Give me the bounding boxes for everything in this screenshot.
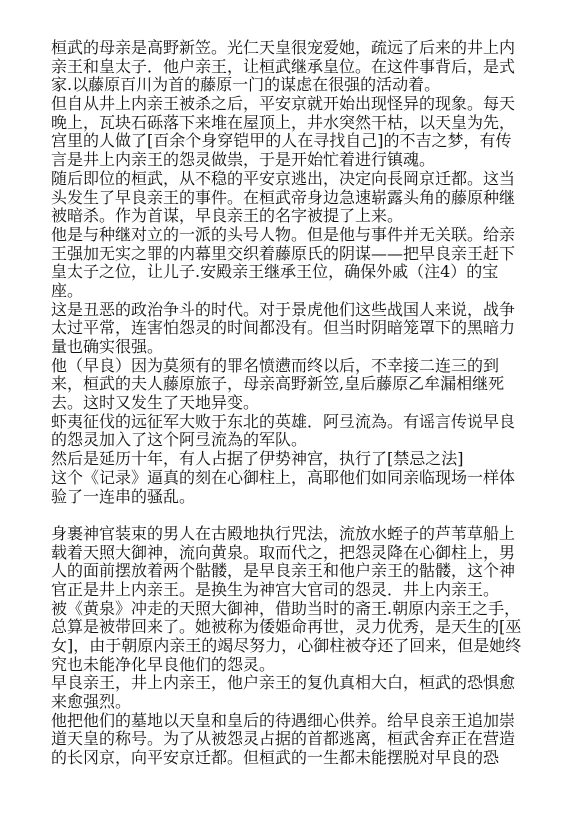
- text-line: 然后是延历十年，有人占据了伊势神宫，执行了[禁忌之法]: [51, 450, 531, 469]
- text-line: 载着天照大御神，流向黄泉。取而代之，把怨灵降在心御柱上，男: [51, 544, 531, 563]
- text-line: 但自从井上内亲王被杀之后，平安京就开始出现怪异的现象。每天: [51, 95, 531, 114]
- text-line: 总算是被带回来了。她被称为倭姫命再世，灵力优秀，是天生的[巫: [51, 618, 531, 637]
- text-line: 他是与种继对立的一派的头号人物。但是他与事件并无关联。给亲: [51, 226, 531, 245]
- text-line: 随后即位的桓武，从不稳的平安京逃出，决定向長岡京迁都。这当: [51, 170, 531, 189]
- text-line: 这是丑恶的政治争斗的时代。对于景虎他们这些战国人来说，战争: [51, 301, 531, 320]
- text-line: 家.以藤原百川为首的藤原一门的谋虑在很强的活动着。: [51, 76, 531, 95]
- document-body: 桓武的母亲是高野新笠。光仁天皇很宠爱她，疏远了后来的井上内 亲王和皇太子．他户亲…: [51, 39, 531, 768]
- text-line: 太过平常，连害怕怨灵的时间都没有。但当时阴暗笼罩下的黑暗力: [51, 319, 531, 338]
- text-line: 他把他们的墓地以天皇和皇后的待遇细心供养。给早良亲王追加崇: [51, 712, 531, 731]
- text-line: 王强加无实之罪的内幕里交织着藤原氏的阴谋——把早良亲王赶下: [51, 245, 531, 264]
- text-line: 验了一连串的骚乱。: [51, 488, 531, 507]
- text-line: 桓武的母亲是高野新笠。光仁天皇很宠爱她，疏远了后来的井上内: [51, 39, 531, 58]
- text-line: 早良亲王，井上内亲王，他户亲王的复仇真相大白，桓武的恐惧愈: [51, 674, 531, 693]
- paragraph-gap: [51, 506, 531, 525]
- text-line: 官正是井上内亲王。是换生为神宫大官司的怨灵．井上内亲王。: [51, 581, 531, 600]
- document-page: 桓武的母亲是高野新笠。光仁天皇很宠爱她，疏远了后来的井上内 亲王和皇太子．他户亲…: [0, 0, 583, 828]
- text-line: 座。: [51, 282, 531, 301]
- text-line: 亲王和皇太子．他户亲王，让桓武继承皇位。在这件事背后，是式: [51, 58, 531, 77]
- text-line: 身裹神官装束的男人在古殿地执行咒法，流放水蛭子的芦苇草船上: [51, 525, 531, 544]
- text-line: 究也未能净化早良他们的怨灵。: [51, 656, 531, 675]
- text-line: 宫里的人做了[百余个身穿铠甲的人在寻找自己]的不吉之梦，有传: [51, 132, 531, 151]
- text-line: 皇太子之位，让儿子.安殿亲王继承王位，确保外戚（注4）的宝: [51, 263, 531, 282]
- text-line: 人的面前摆放着两个骷髅，是早良亲王和他户亲王的骷髅，这个神: [51, 562, 531, 581]
- text-line: 来，桓武的夫人藤原旅子，母亲高野新笠,皇后藤原乙牟漏相继死: [51, 375, 531, 394]
- text-line: 女]，由于朝原内亲王的竭尽努力，心御柱被夺还了回来，但是她终: [51, 637, 531, 656]
- text-line: 被《黄泉》冲走的天照大御神，借助当时的斋王.朝原内亲王之手，: [51, 600, 531, 619]
- text-line: 的长冈京，向平安京迁都。但桓武的一生都未能摆脱对早良的恐: [51, 749, 531, 768]
- text-line: 来愈强烈。: [51, 693, 531, 712]
- text-line: 道天皇的称号。为了从被怨灵占据的首都逃离，桓武舍弃正在营造: [51, 730, 531, 749]
- text-line: 量也确实很强。: [51, 338, 531, 357]
- text-line: 晚上，瓦块石砾落下来堆在屋顶上，井水突然干枯，以天皇为先，: [51, 114, 531, 133]
- text-line: 头发生了早良亲王的事件。在桓武帝身边急速崭露头角的藤原种继: [51, 189, 531, 208]
- text-line: 的怨灵加入了这个阿弖流為的军队。: [51, 431, 531, 450]
- text-line: 去。这时又发生了天地异变。: [51, 394, 531, 413]
- text-line: 这个《记录》逼真的刻在心御柱上，高耶他们如同亲临现场一样体: [51, 469, 531, 488]
- text-line: 被暗杀。作为首谋，早良亲王的名字被提了上来。: [51, 207, 531, 226]
- section-2: 身裹神官装束的男人在古殿地执行咒法，流放水蛭子的芦苇草船上 载着天照大御神，流向…: [51, 525, 531, 768]
- text-line: 言是井上内亲王的怨灵做祟，于是开始忙着进行镇魂。: [51, 151, 531, 170]
- section-1: 桓武的母亲是高野新笠。光仁天皇很宠爱她，疏远了后来的井上内 亲王和皇太子．他户亲…: [51, 39, 531, 506]
- text-line: 虾夷征伐的远征军大败于东北的英雄．阿弖流為。有谣言传说早良: [51, 413, 531, 432]
- text-line: 他（早良）因为莫须有的罪名愤懑而终以后，不幸接二连三的到: [51, 357, 531, 376]
